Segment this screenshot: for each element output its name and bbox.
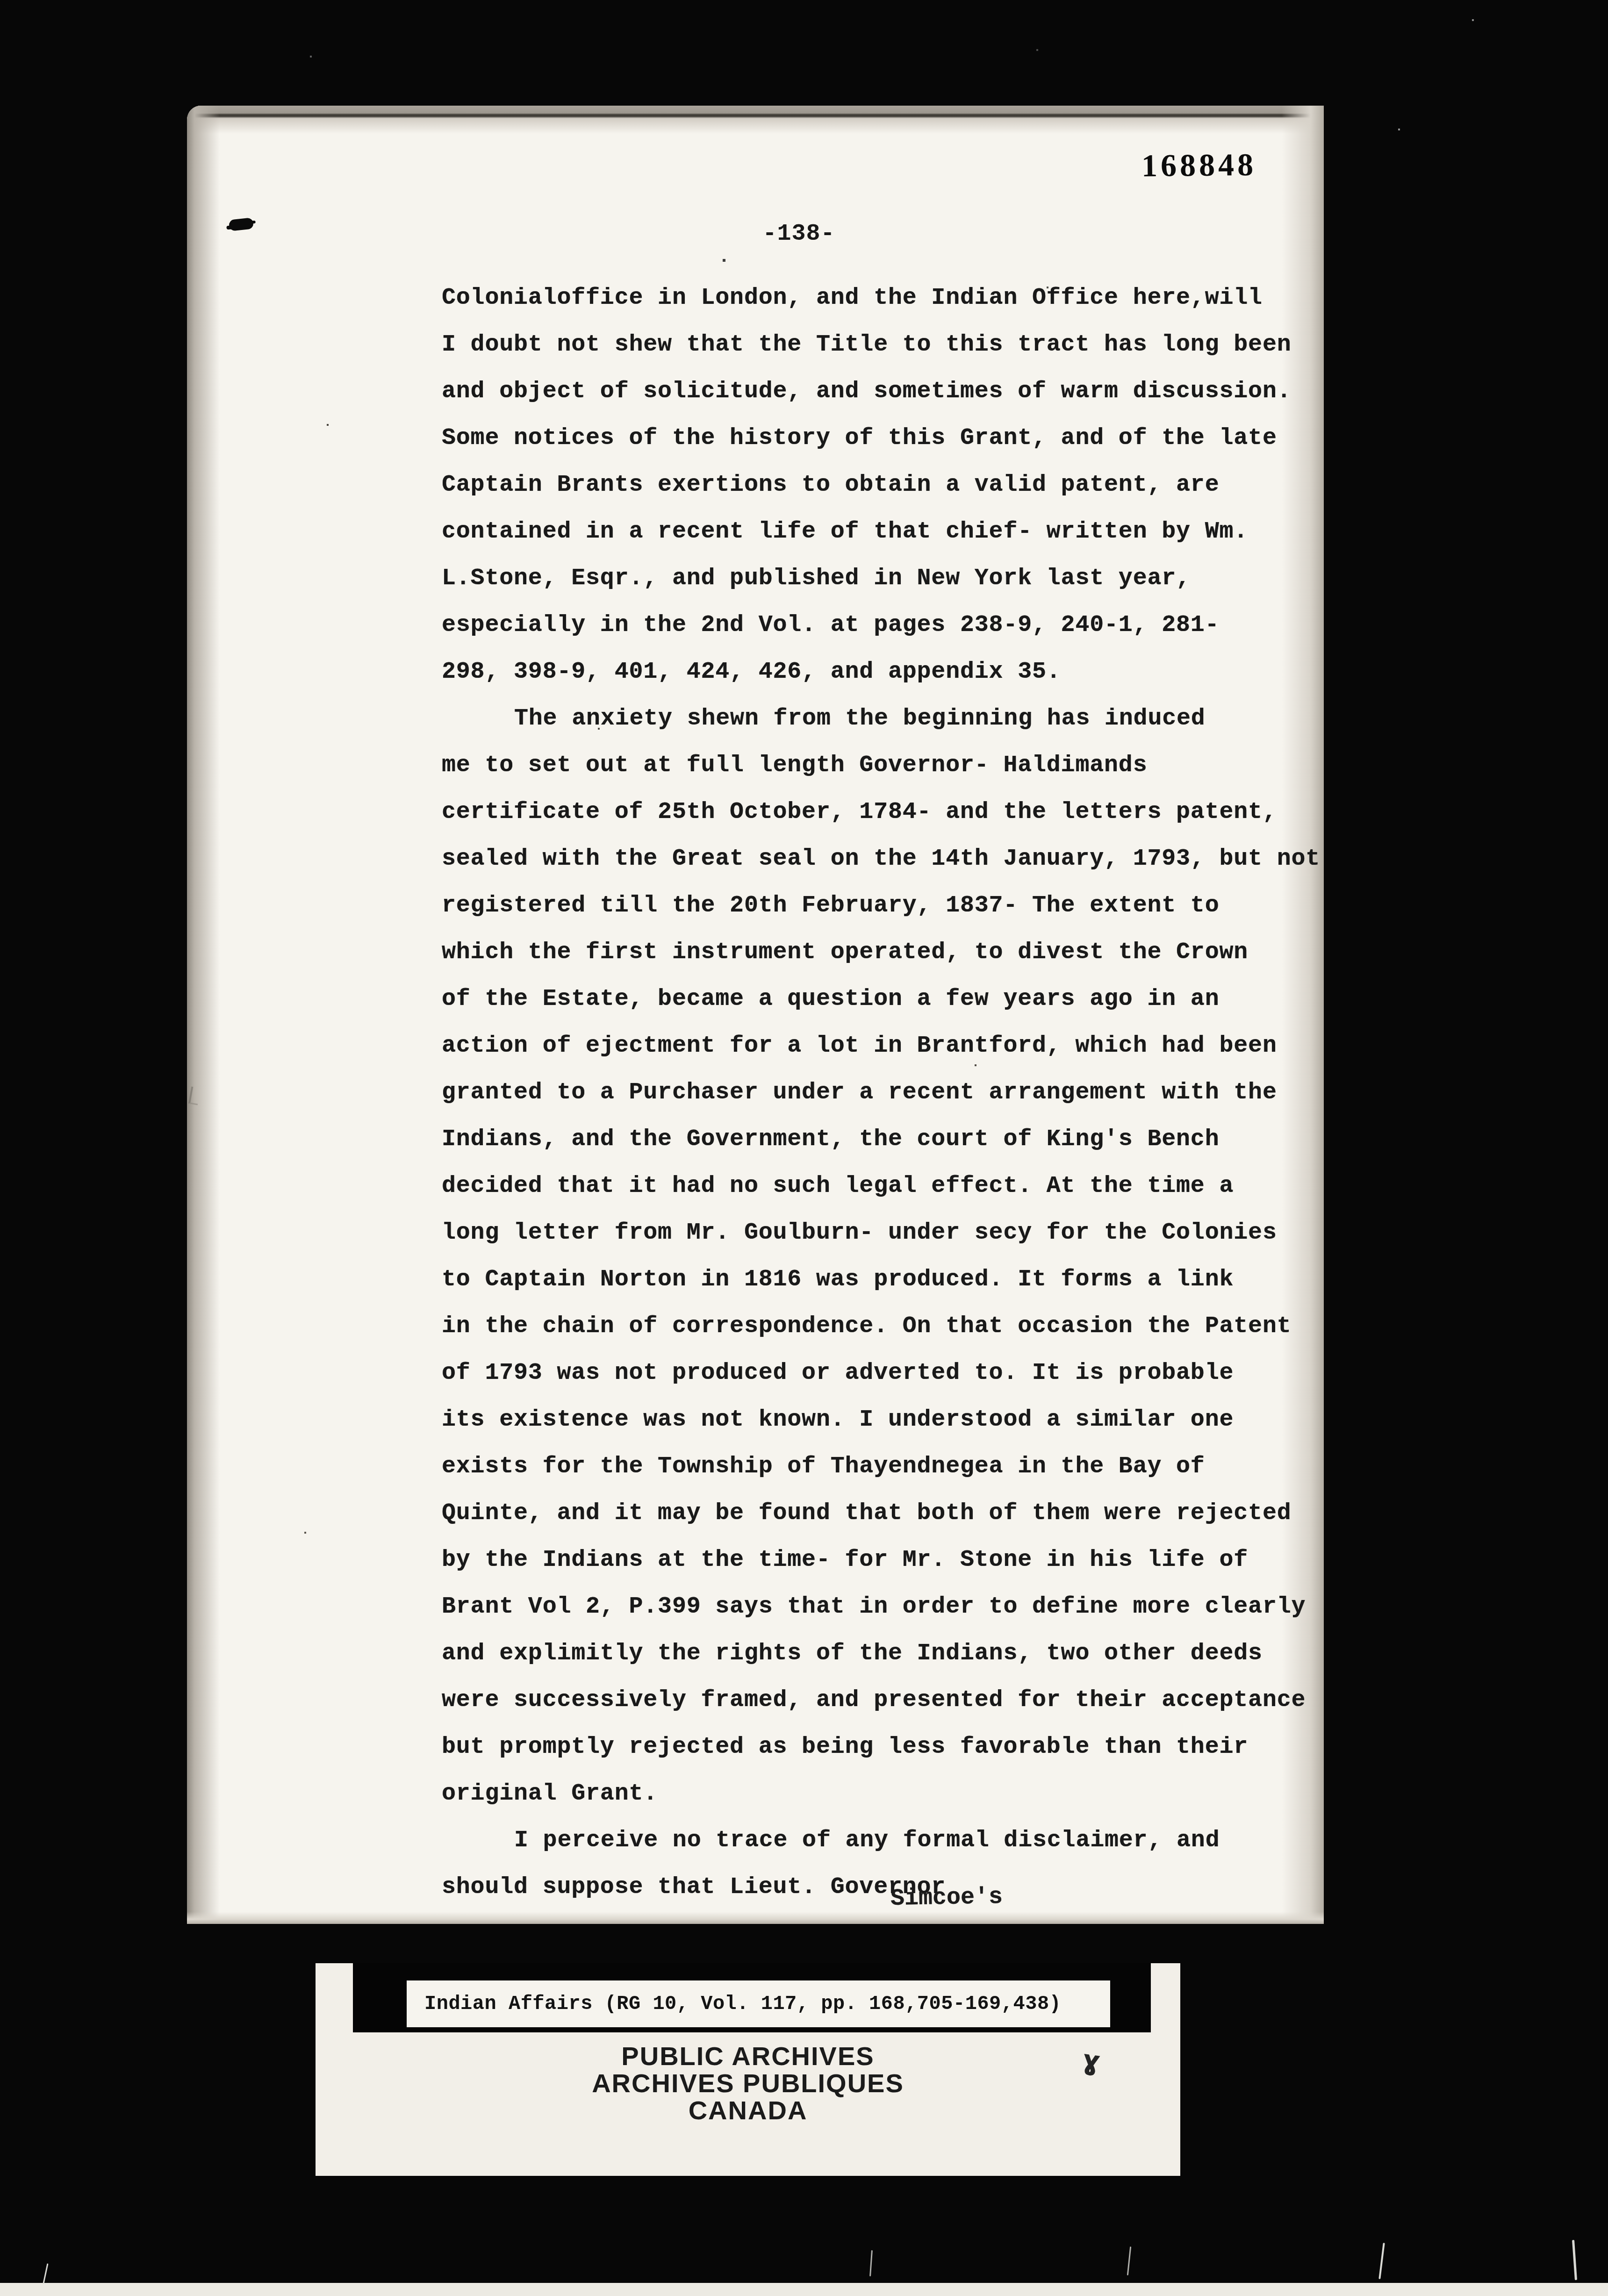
text-line: Some notices of the history of this Gran…: [442, 415, 1320, 462]
text-line: Brant Vol 2, P.399 says that in order to…: [442, 1584, 1320, 1630]
text-line: action of ejectment for a lot in Brantfo…: [442, 1023, 1320, 1069]
film-scratch: [1378, 2243, 1385, 2279]
text-line: decided that it had no such legal effect…: [442, 1163, 1320, 1210]
text-line: Captain Brants exertions to obtain a val…: [442, 462, 1320, 509]
stamp-line-french: ARCHIVES PUBLIQUES: [316, 2070, 1180, 2097]
film-scratch: [1572, 2240, 1577, 2280]
text-line: of the Estate, became a question a few y…: [442, 976, 1320, 1023]
text-line: to Captain Norton in 1816 was produced. …: [442, 1256, 1320, 1303]
text-line: which the first instrument operated, to …: [442, 929, 1320, 976]
frame-number-stamp: 168848: [1141, 146, 1257, 185]
text-line: in the chain of correspondence. On that …: [442, 1303, 1320, 1350]
text-line: Quinte, and it may be found that both of…: [442, 1490, 1320, 1537]
text-line: but promptly rejected as being less favo…: [442, 1724, 1320, 1771]
text-line: I doubt not shew that the Title to this …: [442, 322, 1320, 368]
reference-strip: Indian Affairs (RG 10, Vol. 117, pp. 168…: [407, 1980, 1110, 2027]
text-line: granted to a Purchaser under a recent ar…: [442, 1069, 1320, 1116]
text-line: registered till the 20th February, 1837-…: [442, 883, 1320, 929]
text-line: me to set out at full length Governor- H…: [442, 742, 1320, 789]
film-scratch: [869, 2250, 873, 2276]
text-line: its existence was not known. I understoo…: [442, 1397, 1320, 1443]
text-line: should suppose that Lieut. Governor: [442, 1864, 1320, 1911]
film-frame-gap: [0, 2283, 1608, 2296]
document-page: 168848 -138- Colonialoffice in London, a…: [187, 106, 1324, 1924]
text-line: L.Stone, Esqr., and published in New Yor…: [442, 555, 1320, 602]
text-line: and explimitly the rights of the Indians…: [442, 1630, 1320, 1677]
text-line: by the Indians at the time- for Mr. Ston…: [442, 1537, 1320, 1584]
film-specks: [0, 0, 1, 1]
paper-specks: [187, 106, 188, 107]
page-top-crease: [187, 106, 1324, 134]
text-line: of 1793 was not produced or adverted to.…: [442, 1350, 1320, 1397]
text-line: 298, 398-9, 401, 424, 426, and appendix …: [442, 649, 1320, 696]
text-line: long letter from Mr. Goulburn- under sec…: [442, 1210, 1320, 1256]
film-scratch: [43, 2263, 48, 2284]
microfilm-scan: { "film": { "frame_number": "168848", "p…: [0, 0, 1608, 2296]
text-line: contained in a recent life of that chief…: [442, 509, 1320, 555]
text-line: and object of solicitude, and sometimes …: [442, 368, 1320, 415]
pencil-margin-mark: [188, 1087, 201, 1105]
ink-mark: [229, 217, 254, 231]
catchword: Simcoe's: [890, 1884, 1003, 1912]
text-line: original Grant.: [442, 1771, 1320, 1817]
letter-body: Colonialoffice in London, and the Indian…: [442, 275, 1320, 1911]
text-line: The anxiety shewn from the beginning has…: [442, 696, 1320, 742]
text-line: especially in the 2nd Vol. at pages 238-…: [442, 602, 1320, 649]
text-line: Indians, and the Government, the court o…: [442, 1116, 1320, 1163]
page-bottom-edge: [187, 1912, 1324, 1924]
page-number: -138-: [752, 221, 846, 247]
text-line: sealed with the Great seal on the 14th J…: [442, 836, 1320, 883]
page-left-edge: [187, 106, 220, 1924]
film-scratch: [1127, 2246, 1131, 2275]
text-line: I perceive no trace of any formal discla…: [442, 1817, 1320, 1864]
reference-label: Indian Affairs (RG 10, Vol. 117, pp. 168…: [407, 1980, 1110, 2027]
stamp-line-canada: CANADA: [316, 2097, 1180, 2124]
text-line: were successively framed, and presented …: [442, 1677, 1320, 1724]
public-archives-stamp: PUBLIC ARCHIVES ARCHIVES PUBLIQUES CANAD…: [316, 2043, 1180, 2124]
stamp-line-english: PUBLIC ARCHIVES: [316, 2043, 1180, 2070]
text-line: certificate of 25th October, 1784- and t…: [442, 789, 1320, 836]
text-line: Colonialoffice in London, and the Indian…: [442, 275, 1320, 322]
text-line: exists for the Township of Thayendnegea …: [442, 1443, 1320, 1490]
